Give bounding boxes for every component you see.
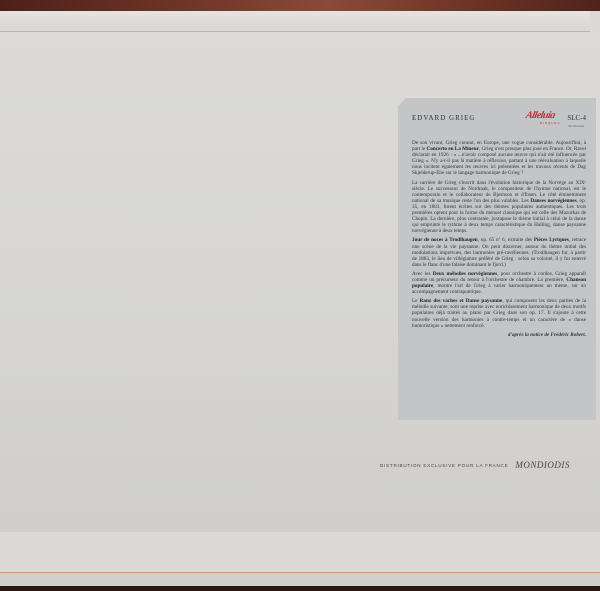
catalog-number: SLC-4: [567, 114, 586, 122]
distribution-credit: DISTRIBUTION EXCLUSIVE POUR LA FRANCE MO…: [380, 456, 570, 474]
label-logo-script: Alleluia: [525, 110, 565, 121]
liner-notes-panel: EDVARD GRIEG Alleluia DISQUES SLC-4 33 1…: [398, 98, 596, 420]
liner-notes-body: De son vivant, Grieg connut, en Europe, …: [412, 140, 586, 341]
liner-notes-paragraph: Jour de noces à Trodlhaugen, op. 65 nº 6…: [412, 237, 586, 267]
liner-notes-paragraph: De son vivant, Grieg connut, en Europe, …: [412, 140, 586, 177]
liner-notes-paragraph: La carrière de Grieg s'inscrit dans l'év…: [412, 180, 586, 235]
sleeve-bottom-fold: [0, 572, 600, 587]
liner-notes-header: EDVARD GRIEG Alleluia DISQUES SLC-4 33 1…: [412, 112, 588, 132]
sleeve-bottom-edge: [0, 586, 600, 591]
label-logo: Alleluia DISQUES: [526, 110, 564, 130]
liner-notes-paragraph: Le Ranz des vaches et Danse paysanne, qu…: [412, 298, 586, 328]
distributor-brand: MONDIODIS: [515, 460, 570, 470]
composer-name: EDVARD GRIEG: [412, 114, 475, 122]
distribution-text: DISTRIBUTION EXCLUSIVE POUR LA FRANCE: [380, 463, 508, 468]
sleeve-top-fold: [0, 11, 590, 32]
liner-notes-paragraph: Avec les Deux mélodies norvégiennes, pou…: [412, 271, 586, 295]
label-logo-subtitle: DISQUES: [540, 121, 564, 125]
liner-notes-signature: d'après la notice de Frédéric Robert.: [412, 332, 586, 338]
catalog-subtitle: 33 1/3 tours: [568, 124, 584, 128]
